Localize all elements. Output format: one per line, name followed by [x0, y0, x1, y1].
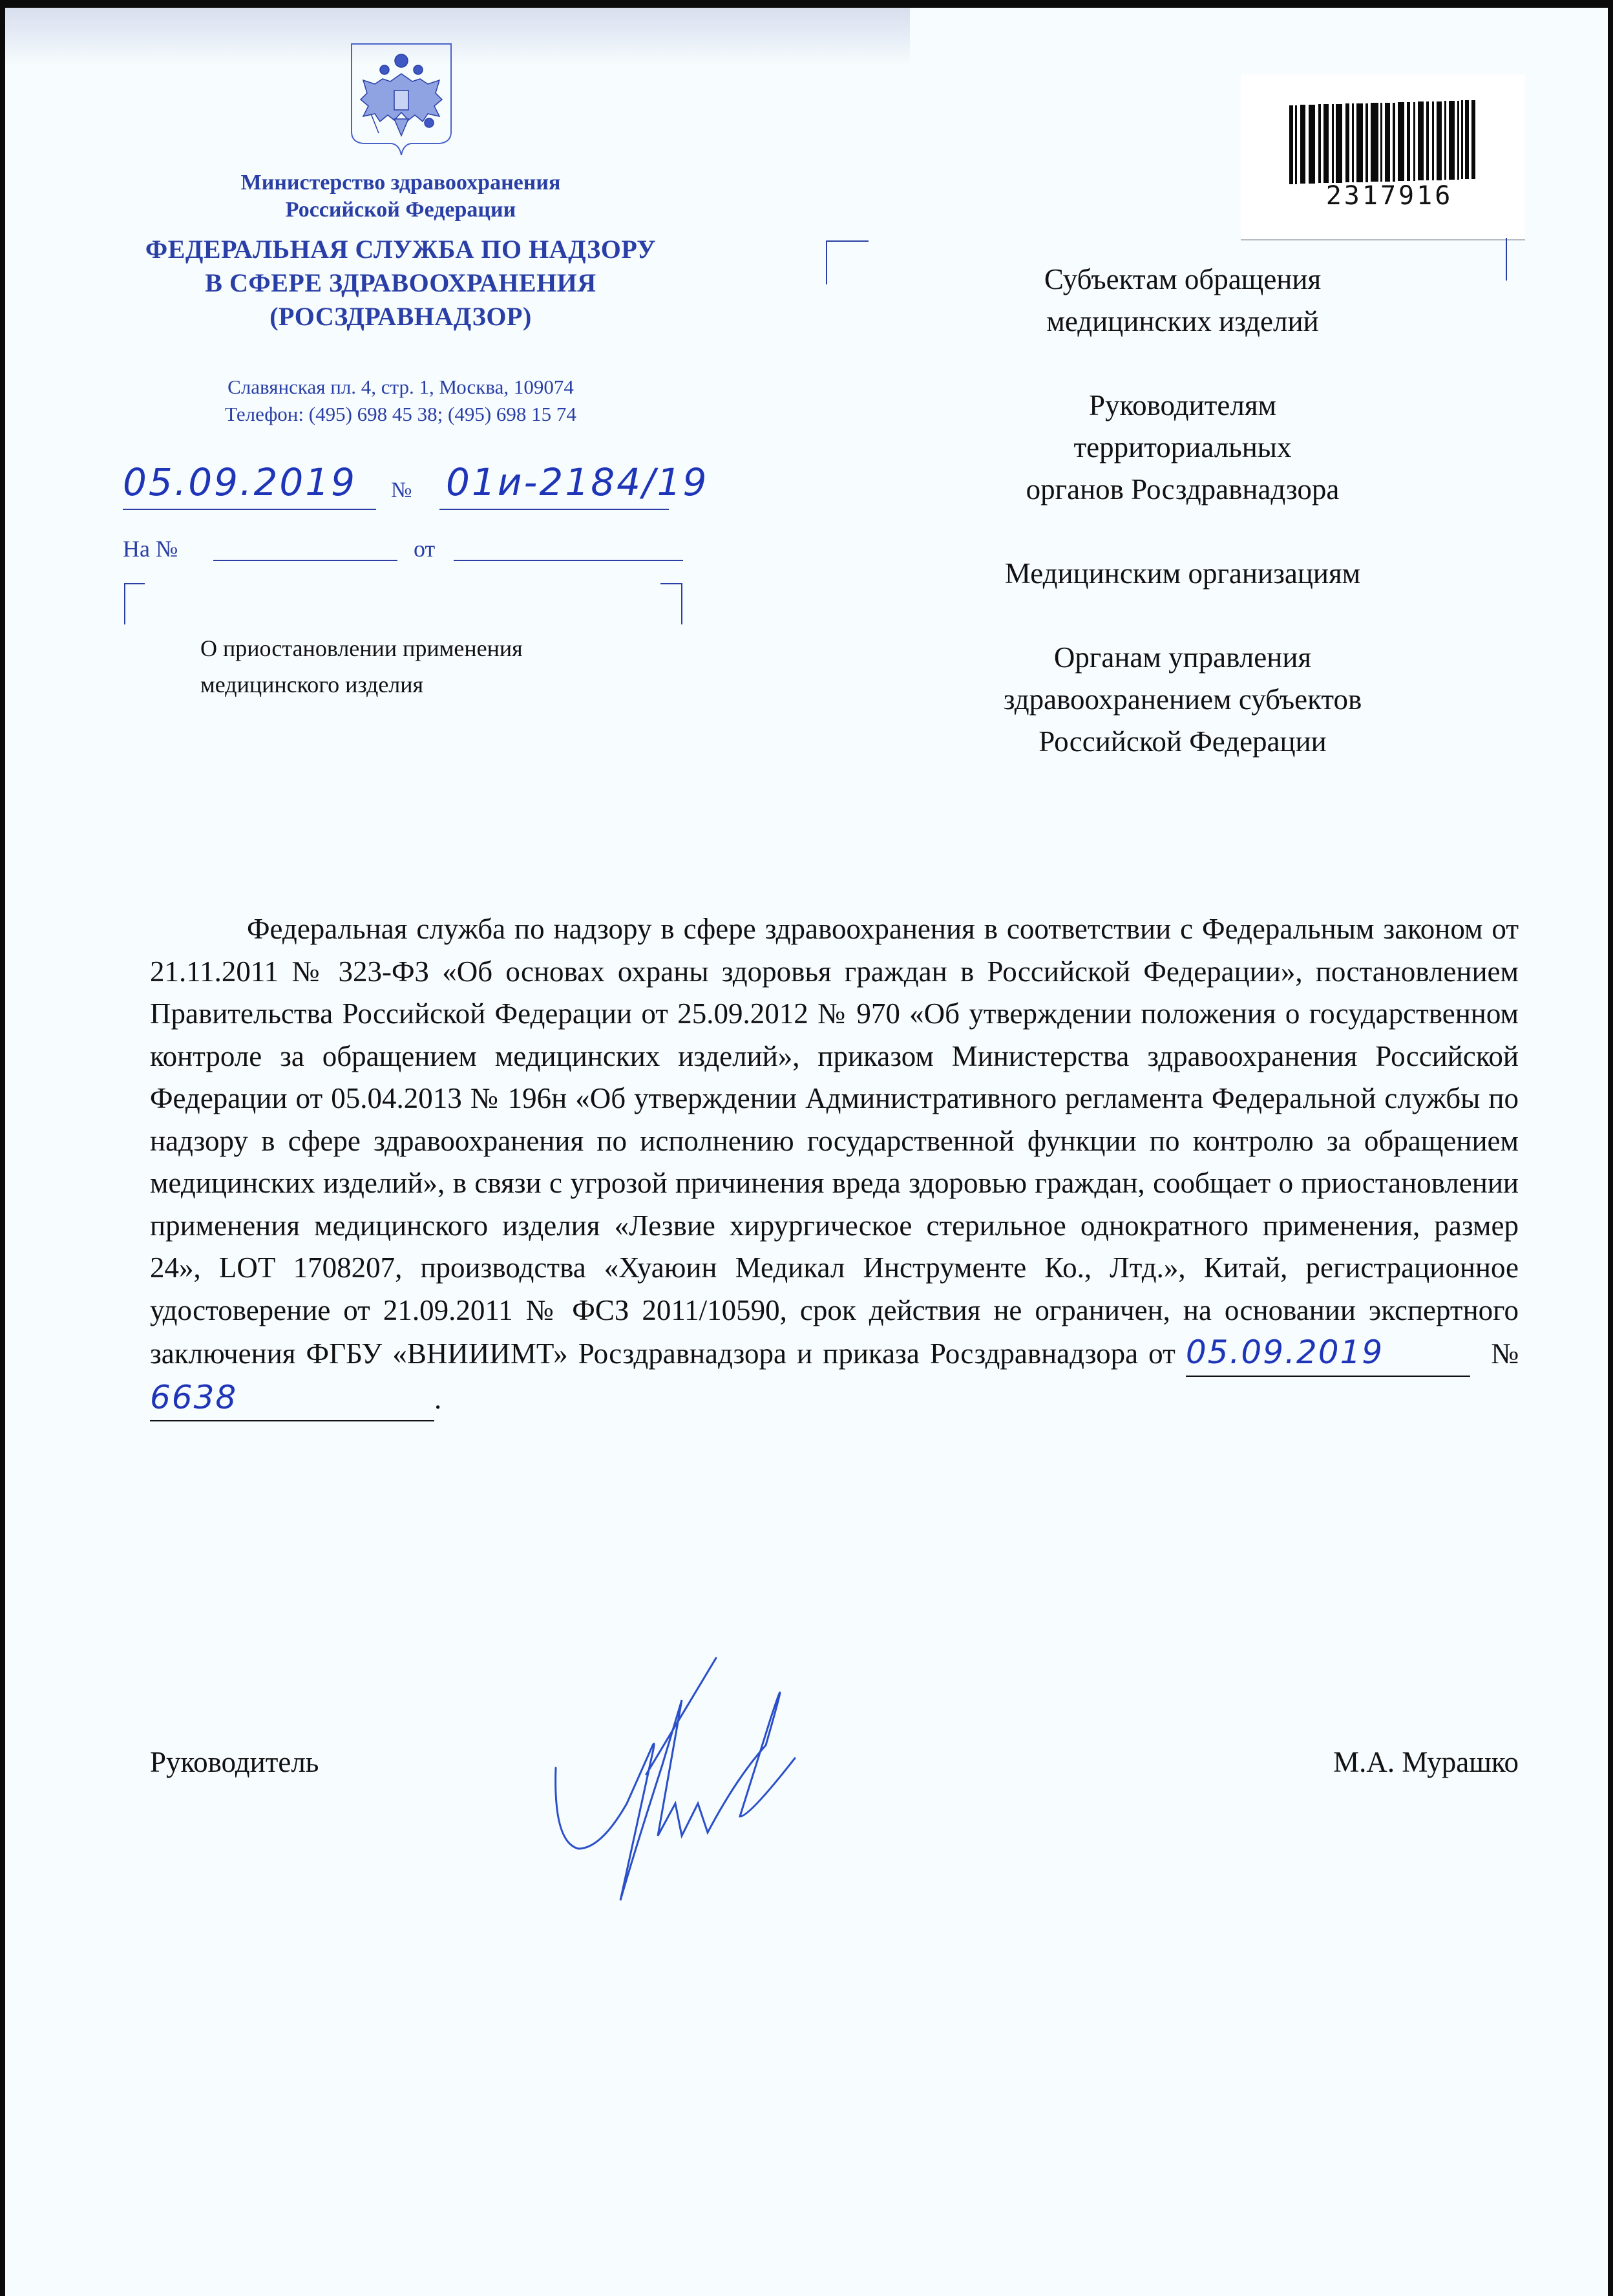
- ministry-name: Министерство здравоохранения Российской …: [116, 169, 685, 224]
- subject-bracket-right: [660, 583, 682, 624]
- recipient-line: здравоохранением субъектов: [879, 679, 1486, 721]
- outgoing-number: 01и-2184/19: [446, 460, 708, 504]
- recipient-group: Медицинским организациям: [879, 553, 1486, 595]
- recipient-line: Руководителям: [879, 385, 1486, 427]
- reply-from-label: от: [414, 535, 435, 562]
- signatory-role: Руководитель: [150, 1745, 319, 1779]
- recipient-group: Органам управления здравоохранением субъ…: [879, 637, 1486, 763]
- number-sign: №: [391, 478, 412, 503]
- service-line-2: В СФЕРЕ ЗДРАВООХРАНЕНИЯ: [90, 266, 711, 300]
- subject-bracket-left: [124, 583, 145, 624]
- number-underline: [439, 509, 669, 510]
- recipient-line: территориальных: [879, 427, 1486, 469]
- order-date-field: 05.09.2019: [1186, 1332, 1470, 1377]
- body-paragraph: Федеральная служба по надзору в сфере зд…: [150, 913, 1519, 1370]
- recipient-bracket-right: [1506, 238, 1508, 281]
- scan-border-right: [1608, 0, 1613, 2296]
- scan-border-left: [0, 0, 5, 2296]
- service-line-3: (РОСЗДРАВНАДЗОР): [90, 300, 711, 334]
- ministry-line-1: Министерство здравоохранения: [116, 169, 685, 197]
- recipients-block: Субъектам обращения медицинских изделий …: [879, 259, 1486, 805]
- sticker-edge: [1241, 239, 1525, 240]
- signature-icon: [543, 1642, 853, 1920]
- subject: О приостановлении применения медицинског…: [200, 630, 523, 703]
- subject-line-2: медицинского изделия: [200, 666, 523, 703]
- recipient-line: Органам управления: [879, 637, 1486, 679]
- letter-body: Федеральная служба по надзору в сфере зд…: [150, 908, 1519, 1421]
- recipient-group: Руководителям территориальных органов Ро…: [879, 385, 1486, 511]
- order-number-sign: №: [1491, 1337, 1519, 1370]
- reply-number-field: [213, 560, 397, 561]
- recipient-bracket-left: [826, 240, 869, 284]
- order-number: 6638: [150, 1379, 237, 1416]
- date-underline: [123, 509, 376, 510]
- barcode-number: 2317916: [1299, 181, 1480, 211]
- ministry-line-2: Российской Федерации: [116, 197, 685, 224]
- recipient-group: Субъектам обращения медицинских изделий: [879, 259, 1486, 343]
- recipient-line: Медицинским организациям: [879, 553, 1486, 595]
- scan-shadow: [5, 8, 910, 66]
- scan-border-top: [0, 0, 1613, 8]
- outgoing-date: 05.09.2019: [123, 460, 357, 504]
- recipient-line: медицинских изделий: [879, 301, 1486, 343]
- address: Славянская пл. 4, стр. 1, Москва, 109074: [97, 374, 704, 401]
- service-contacts: Славянская пл. 4, стр. 1, Москва, 109074…: [97, 374, 704, 428]
- reply-date-field: [454, 560, 683, 561]
- service-line-1: ФЕДЕРАЛЬНАЯ СЛУЖБА ПО НАДЗОРУ: [90, 233, 711, 266]
- signatory-name: М.А. Мурашко: [1267, 1745, 1519, 1779]
- service-name: ФЕДЕРАЛЬНАЯ СЛУЖБА ПО НАДЗОРУ В СФЕРЕ ЗД…: [90, 233, 711, 334]
- order-number-field: 6638: [150, 1377, 434, 1422]
- recipient-line: Субъектам обращения: [879, 259, 1486, 301]
- recipient-line: органов Росздравнадзора: [879, 469, 1486, 511]
- barcode-icon: [1289, 100, 1477, 184]
- coat-of-arms-icon: [349, 41, 454, 156]
- end-punctuation: .: [434, 1383, 441, 1415]
- phone: Телефон: (495) 698 45 38; (495) 698 15 7…: [97, 401, 704, 428]
- subject-line-1: О приостановлении применения: [200, 630, 523, 666]
- order-date: 05.09.2019: [1186, 1334, 1384, 1371]
- reply-to-label: На №: [123, 535, 178, 562]
- recipient-line: Российской Федерации: [879, 721, 1486, 763]
